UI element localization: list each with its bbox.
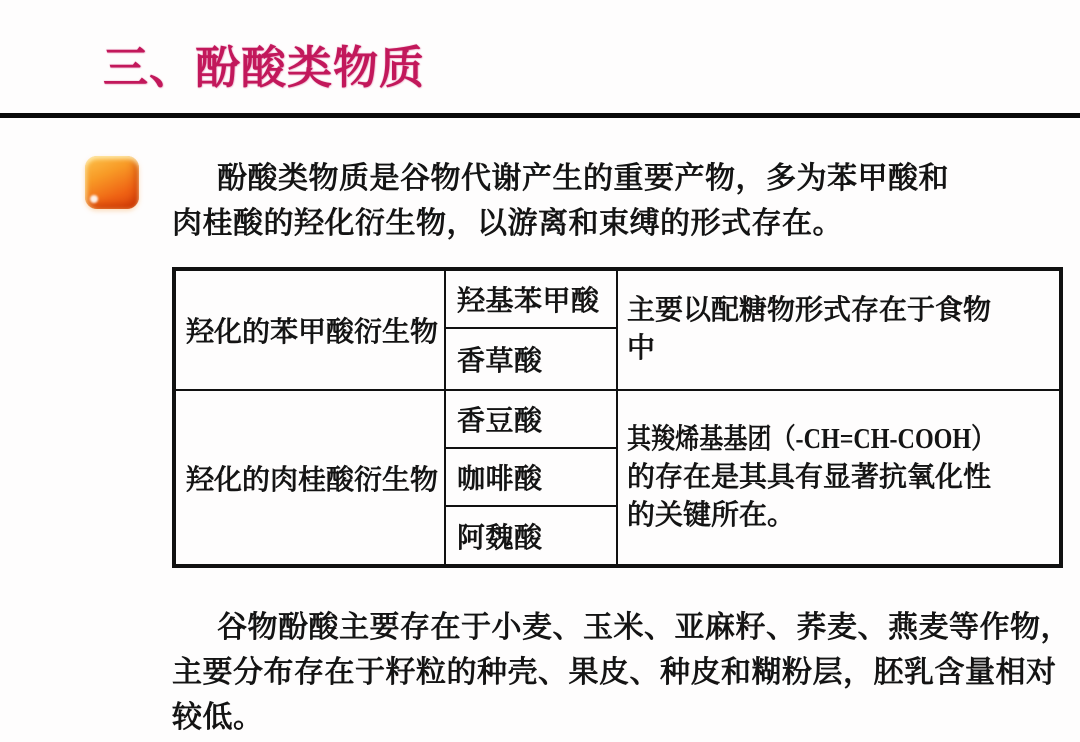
slide-title: 三、酚酸类物质 xyxy=(103,42,425,94)
outro-paragraph: 谷物酚酸主要存在于小麦、玉米、亚麻籽、荞麦、燕麦等作物， 主要分布存在于籽粒的种… xyxy=(172,605,1071,740)
table-cell-description-benzoic: 主要以配糖物形式存在于食物 中 xyxy=(617,269,1061,390)
description-line: 主要以配糖物形式存在于食物 xyxy=(627,292,1055,330)
table-cell-description-cinnamic: 其羧烯基基团（-CH=CH-COOH） 的存在是其具有显著抗氧化性 的关键所在。 xyxy=(617,390,1061,566)
table-cell-item: 香豆酸 xyxy=(445,390,617,448)
table-cell-item: 阿魏酸 xyxy=(445,506,617,566)
description-line: 的存在是其具有显著抗氧化性 xyxy=(627,459,1055,497)
table-cell-category-cinnamic: 羟化的肉桂酸衍生物 xyxy=(174,390,445,566)
table-cell-item: 香草酸 xyxy=(445,328,617,390)
outro-paragraph-line: 谷物酚酸主要存在于小麦、玉米、亚麻籽、荞麦、燕麦等作物， xyxy=(172,605,1071,650)
intro-paragraph: 酚酸类物质是谷物代谢产生的重要产物，多为苯甲酸和 肉桂酸的羟化衍生物，以游离和束… xyxy=(172,156,949,246)
title-divider-line xyxy=(0,113,1080,118)
outro-paragraph-line: 主要分布存在于籽粒的种壳、果皮、种皮和糊粉层，胚乳含量相对 xyxy=(172,650,1071,695)
intro-paragraph-line: 酚酸类物质是谷物代谢产生的重要产物，多为苯甲酸和 xyxy=(172,156,949,201)
outro-paragraph-line: 较低。 xyxy=(172,695,1071,740)
orange-square-bullet-icon xyxy=(85,156,139,209)
slide-canvas: 三、酚酸类物质 酚酸类物质是谷物代谢产生的重要产物，多为苯甲酸和 肉桂酸的羟化衍… xyxy=(0,0,1080,742)
phenolic-acid-table: 羟化的苯甲酸衍生物 羟基苯甲酸 主要以配糖物形式存在于食物 中 香草酸 羟化的肉… xyxy=(172,267,1063,568)
table-row: 羟化的肉桂酸衍生物 香豆酸 其羧烯基基团（-CH=CH-COOH） 的存在是其具… xyxy=(174,390,1061,448)
table-cell-category-benzoic: 羟化的苯甲酸衍生物 xyxy=(174,269,445,390)
description-line: 中 xyxy=(627,330,1055,368)
intro-paragraph-line: 肉桂酸的羟化衍生物，以游离和束缚的形式存在。 xyxy=(172,201,949,246)
table-cell-item: 羟基苯甲酸 xyxy=(445,269,617,328)
description-line: 的关键所在。 xyxy=(627,497,1055,535)
description-line: 其羧烯基基团（-CH=CH-COOH） xyxy=(627,421,995,459)
table-cell-item: 咖啡酸 xyxy=(445,448,617,506)
table-row: 羟化的苯甲酸衍生物 羟基苯甲酸 主要以配糖物形式存在于食物 中 xyxy=(174,269,1061,328)
